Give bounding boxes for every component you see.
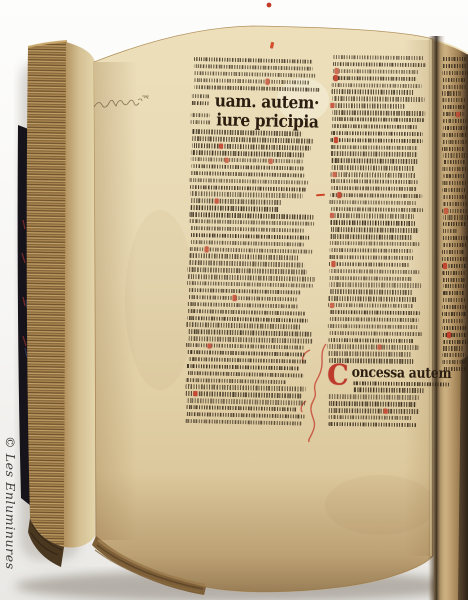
damp-stain	[277, 78, 329, 122]
book-artwork	[0, 0, 468, 600]
top-red-dot	[267, 3, 272, 8]
photographer-credit: © Les Enluminures	[3, 436, 18, 570]
page-main	[94, 26, 435, 592]
fore-edge	[27, 41, 95, 567]
manuscript-photo: uam. autem· iure pricipia C oncessa aute…	[0, 0, 468, 600]
